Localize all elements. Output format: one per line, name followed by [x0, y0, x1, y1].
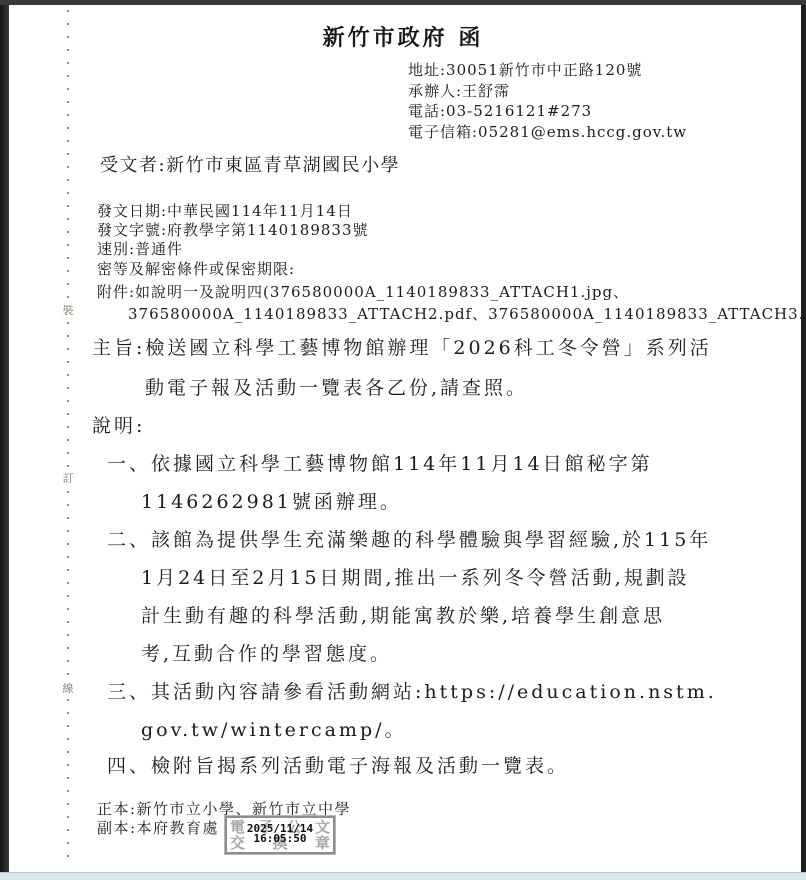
recipient-line: 受文者:新竹市東區青草湖國民小學 [100, 157, 400, 175]
contact-phone: 電話:03-5216121#273 [408, 104, 592, 119]
document-page: 裝 訂 線 新竹市政府 函 地址:30051新竹市中正路120號 承辦人:王舒霈… [0, 0, 806, 880]
binding-mark-zhuang: 裝 [59, 303, 77, 318]
viewer-top-edge [0, 0, 806, 5]
contact-email: 電子信箱:05281@ems.hccg.gov.tw [408, 125, 687, 140]
meta-attachment-line-1: 附件:如說明一及說明四(376580000A_1140189833_ATTACH… [97, 285, 629, 300]
copy-cc-line: 副本:本府教育處 [97, 821, 219, 836]
explanation-item-3-line-2: gov.tw/wintercamp/。 [141, 721, 407, 740]
contact-address: 地址:30051新竹市中正路120號 [408, 63, 642, 78]
meta-speed: 速別:普通件 [97, 242, 183, 257]
explanation-item-1-line-1: 一、依據國立科學工藝博物館114年11月14日館秘字第 [107, 455, 653, 474]
binding-dotted-line [67, 10, 69, 862]
meta-doc-number: 發文字號:府教學字第1140189833號 [97, 223, 369, 238]
stamp-time: 16:05:50 [227, 833, 333, 844]
explanation-item-2-line-2: 1月24日至2月15日期間,推出一系列冬令營活動,規劃設 [141, 569, 690, 588]
subject-line-2: 動電子報及活動一覽表各乙份,請查照。 [145, 379, 528, 398]
explanation-item-2-line-1: 二、該館為提供學生充滿樂趣的科學體驗與學習經驗,於115年 [107, 531, 711, 550]
binding-mark-xian: 線 [59, 681, 77, 696]
viewer-right-edge [801, 5, 806, 872]
copy-original-line: 正本:新竹市立小學、新竹市立中學 [97, 802, 351, 817]
explanation-item-1-line-2: 1146262981號函辦理。 [141, 493, 402, 512]
meta-attachment-line-2: 376580000A_1140189833_ATTACH2.pdf、376580… [128, 307, 806, 322]
subject-line-1: 主旨:檢送國立科學工藝博物館辦理「2026科工冬令營」系列活 [92, 339, 712, 358]
doc-title: 新竹市政府 函 [0, 21, 806, 52]
explanation-item-2-line-4: 考,互動合作的學習態度。 [141, 645, 392, 664]
viewer-left-edge [0, 5, 9, 872]
exchange-stamp: 電子公文 交換章 2025/11/14 16:05:50 [225, 816, 335, 854]
explanation-item-4-line-1: 四、檢附旨揭系列活動電子海報及活動一覽表。 [107, 757, 569, 776]
meta-issue-date: 發文日期:中華民國114年11月14日 [97, 204, 353, 219]
meta-security: 密等及解密條件或保密期限: [97, 262, 295, 277]
explanation-heading: 說明: [92, 417, 145, 436]
viewer-bottom-strip [0, 872, 806, 880]
contact-person: 承辦人:王舒霈 [408, 84, 510, 99]
binding-mark-ding: 訂 [59, 471, 77, 486]
explanation-item-3-line-1: 三、其活動內容請參看活動網站:https://education.nstm. [107, 683, 717, 702]
explanation-item-2-line-3: 計生動有趣的科學活動,期能寓教於樂,培養學生創意思 [141, 607, 665, 626]
